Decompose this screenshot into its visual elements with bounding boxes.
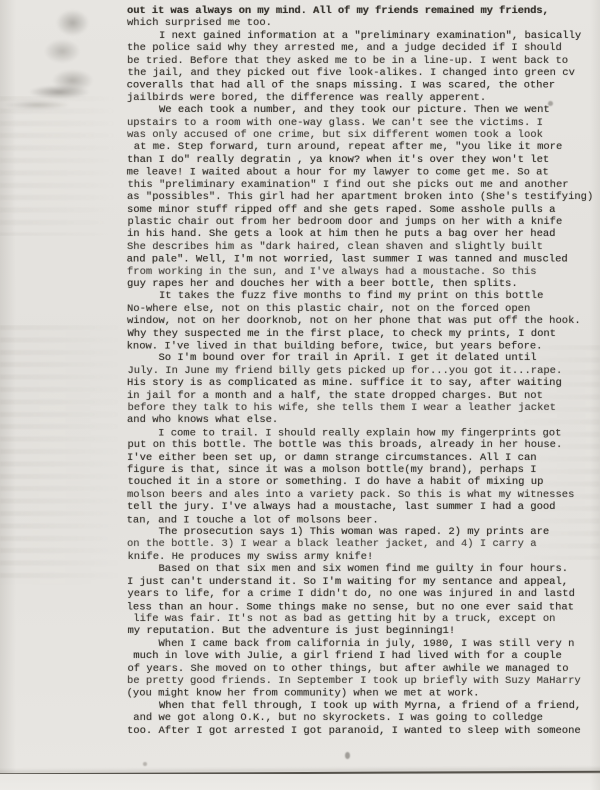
- bleed-through-smudge: [0, 96, 120, 236]
- text-line: upstairs to a room with one-way glass. W…: [127, 117, 593, 129]
- text-line: It takes the fuzz five months to find my…: [128, 290, 594, 302]
- text-line: the police said why they arrested me, an…: [127, 42, 593, 54]
- text-line: at me. Step forward, turn around, repeat…: [128, 141, 594, 153]
- text-line: which surprised me too.: [127, 17, 593, 29]
- ink-smudge: [26, 82, 100, 102]
- text-line: out it was always on my mind. All of my …: [127, 5, 593, 17]
- text-line: tell the jury. I've always had a moustac…: [127, 501, 593, 513]
- text-line: No-where else, not on this plastic chair…: [127, 303, 593, 315]
- text-line: be tried. Before that they asked me to b…: [127, 55, 593, 67]
- text-line: and who knows what else.: [127, 414, 593, 426]
- text-line: We each took a number, and they took our…: [128, 104, 594, 116]
- bleed-through-smudge: [0, 325, 122, 585]
- text-line: figure is that, since it was a molson bo…: [127, 464, 593, 476]
- text-line: I just can't understand it. So I'm waiti…: [127, 576, 593, 588]
- text-line: as "possibles". This girl had her apartm…: [127, 191, 593, 203]
- text-line: be pretty good friends. In September I t…: [127, 675, 593, 687]
- text-line: jailbirds were bored, the difference was…: [127, 92, 593, 104]
- text-line: from working in the sun, and I've always…: [127, 266, 593, 278]
- text-line: and we got along O.K., but no skyrockets…: [127, 712, 593, 724]
- text-line: plastic chair out from her bedroom door …: [128, 216, 594, 228]
- text-line: His story is as complicated as mine. suf…: [127, 377, 593, 389]
- ink-smudge: [2, 98, 72, 112]
- ink-speck: [345, 752, 350, 759]
- text-line: of years. She moved on to other things, …: [128, 663, 594, 675]
- text-line: some minor stuff ripped off and she gets…: [127, 204, 593, 216]
- text-line: When I came back from california in july…: [127, 638, 593, 650]
- text-line: life was fair. It's not as bad as gettin…: [127, 613, 593, 625]
- text-line: me leave! I waited about a hour for my l…: [127, 167, 593, 179]
- text-line: too. After I got arrested I got paranoid…: [127, 725, 593, 737]
- text-line: knife. He produces my swiss army knife!: [128, 551, 594, 563]
- text-line: She describes him as "dark haired, clean…: [127, 241, 593, 253]
- scanned-page: out it was always on my mind. All of my …: [0, 0, 600, 790]
- text-line: years to life, for a crime I didn't do, …: [128, 588, 594, 600]
- text-line: much in love with Julie, a girl friend I…: [127, 650, 593, 662]
- text-line: than I do" really degratin , ya know? wh…: [127, 154, 593, 166]
- text-line: know. I've lived in that building before…: [127, 340, 593, 352]
- text-line: in jail for a month and a half, the stat…: [127, 390, 593, 402]
- text-line: was only accused of one crime, but six d…: [127, 129, 593, 141]
- text-line: Based on that six men and six women find…: [127, 563, 593, 575]
- text-line: (you might know her from community) when…: [127, 688, 593, 700]
- text-line: So I'm bound over for trail in April. I …: [127, 352, 593, 364]
- text-line: I've either been set up, or damn strange…: [127, 452, 593, 464]
- ink-smudge: [44, 10, 96, 96]
- text-line: the jail, and they picked out five look-…: [128, 67, 594, 79]
- typewritten-text: out it was always on my mind. All of my …: [127, 5, 593, 737]
- page-bottom-edge: [0, 771, 600, 776]
- text-line: and pale". Well, I'm not worried, last s…: [127, 253, 593, 265]
- text-line: before they talk to his wife, she tells …: [128, 402, 594, 414]
- text-line: in his hand. She gets a look at him then…: [127, 228, 593, 240]
- text-line: The prosecution says 1) This woman was r…: [127, 526, 593, 538]
- text-line: put on this bottle. The bottle was this …: [128, 439, 594, 451]
- text-line: window, not on her doorknob, not on her …: [127, 315, 593, 327]
- text-line: guy rapes her and douches her with a bee…: [127, 278, 593, 290]
- text-line: I come to trail. I should really explain…: [127, 427, 593, 439]
- text-line: coveralls that had all of the snaps miss…: [127, 80, 593, 92]
- text-line: touched it in a store or something. I do…: [128, 476, 594, 488]
- text-line: less than an hour. Some things make no s…: [127, 601, 593, 613]
- scan-margin-below-page: [0, 774, 600, 790]
- text-line: Why they suspected me in the first place…: [128, 328, 594, 340]
- text-line: tan, and I touche a lot of molsons beer.: [127, 514, 593, 526]
- text-line: molson beers and ales into a variety pac…: [127, 489, 593, 501]
- ink-speck: [143, 762, 147, 766]
- text-line: this "preliminary examination" I find ou…: [128, 179, 594, 191]
- text-line: I next gained information at a "prelimin…: [128, 30, 594, 42]
- text-line: When that fell through, I took up with M…: [128, 700, 594, 712]
- text-line: on the bottle. 3) I wear a black leather…: [127, 538, 593, 550]
- text-line: July. In June my friend billy gets picke…: [128, 365, 594, 377]
- text-line: my reputation. But the adventure is just…: [128, 625, 594, 637]
